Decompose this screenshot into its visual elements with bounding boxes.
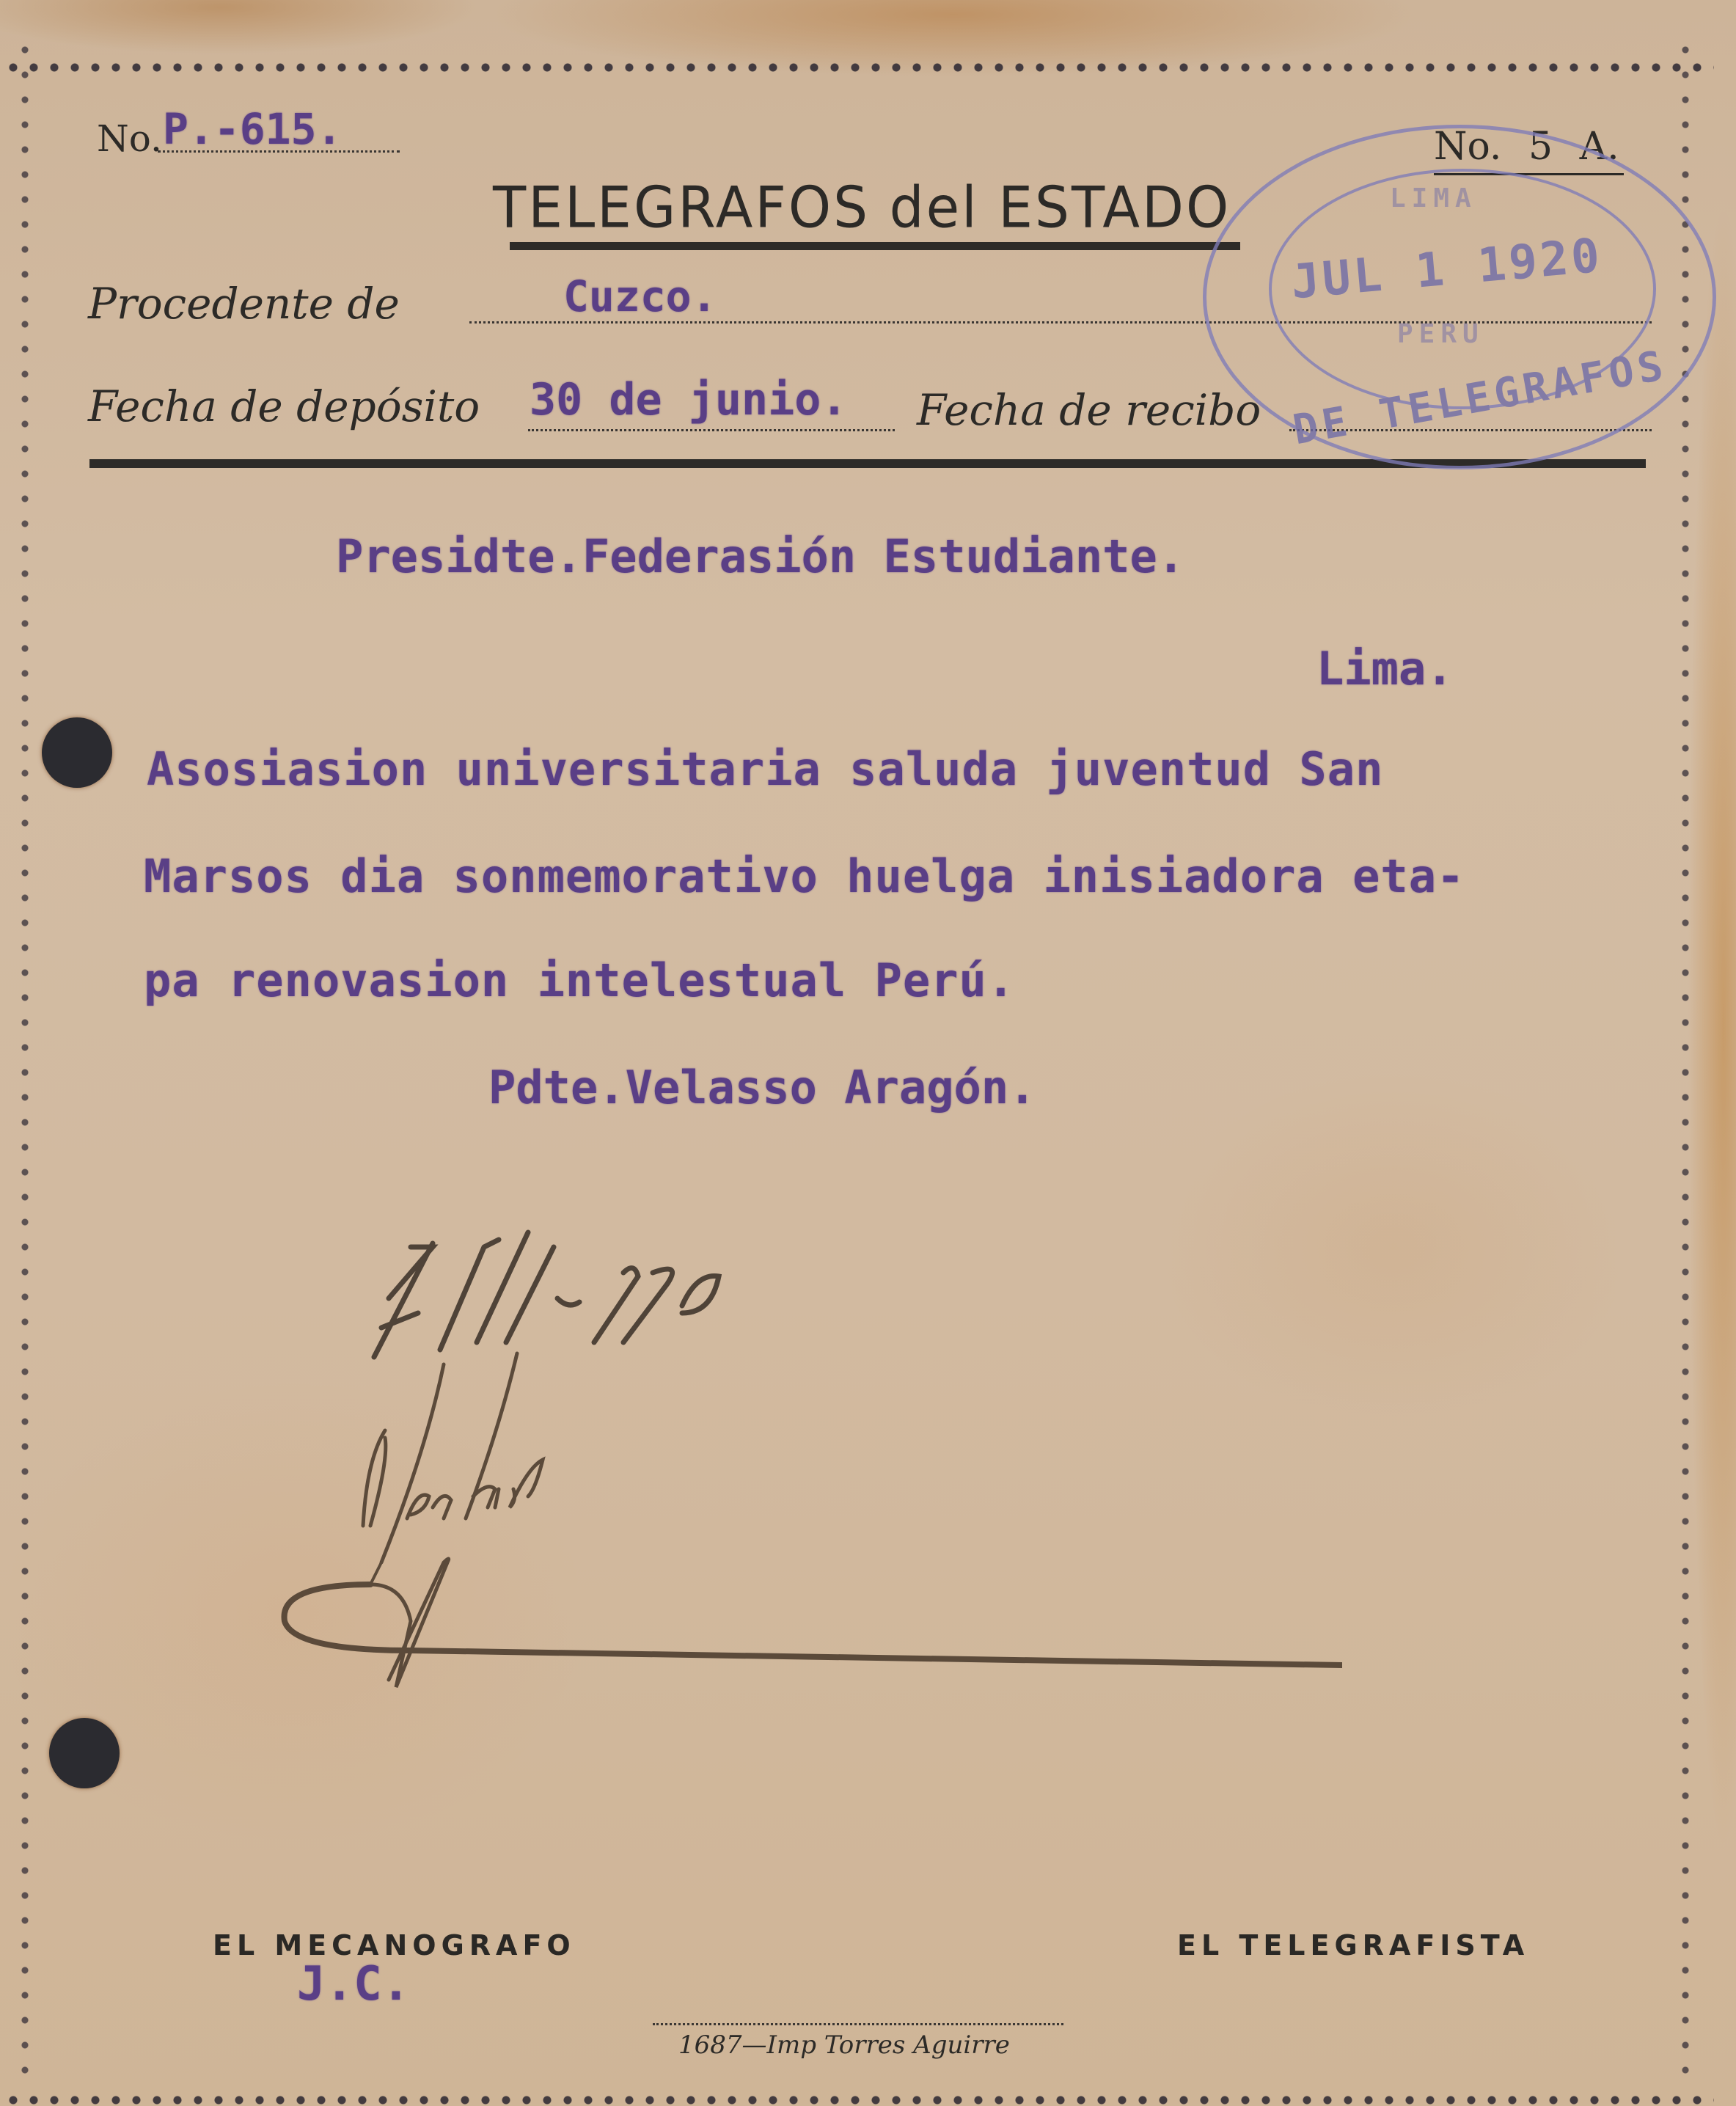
stamp-city: LIMA <box>1390 183 1477 213</box>
typed-signature: Pdte.Velasso Aragón. <box>488 1061 1036 1114</box>
form-number-value: P.-615. <box>163 104 342 154</box>
recipient-line: Presidte.Federasión Estudiante. <box>336 530 1184 583</box>
punch-hole-top <box>42 717 112 788</box>
origin-value: Cuzco. <box>563 271 717 321</box>
recipient-city: Lima. <box>1316 642 1454 695</box>
document-title: TELEGRAFOS del ESTADO <box>493 175 1231 241</box>
message-line-3: pa renovasion intelestual Perú. <box>144 954 1015 1007</box>
typist-initials: J.C. <box>297 1957 410 2011</box>
message-line-1: Asosiasion universitaria saluda juventud… <box>147 742 1383 796</box>
stamp-country: PERU <box>1397 319 1484 349</box>
handwritten-archivo-signature: Archivo <box>279 1342 1342 1724</box>
punch-hole-bottom <box>49 1718 120 1788</box>
form-number-label: No. <box>97 117 162 160</box>
title-underline <box>510 242 1240 250</box>
origin-label: Procedente de <box>88 279 400 329</box>
telegraphist-label: EL TELEGRAFISTA <box>1177 1929 1529 1961</box>
deposit-date-value: 30 de junio. <box>530 374 847 425</box>
printer-imprint: 1687—Imp Torres Aguirre <box>678 2030 1010 2060</box>
message-line-2: Marsos dia sonmemorativo huelga inisiado… <box>144 849 1465 903</box>
bottom-perforation <box>7 2094 1714 2106</box>
deposit-date-dotted-line <box>528 429 895 431</box>
top-perforation <box>7 62 1714 73</box>
left-perforation <box>19 44 31 2077</box>
form-number-dotted-line <box>158 150 400 153</box>
printer-dotted-line <box>653 2023 1063 2025</box>
lima-telegraph-stamp: LIMA JUL 1 1920 PERU DE TELEGRAFOS <box>1203 125 1716 469</box>
deposit-date-label: Fecha de depósito <box>88 381 480 431</box>
